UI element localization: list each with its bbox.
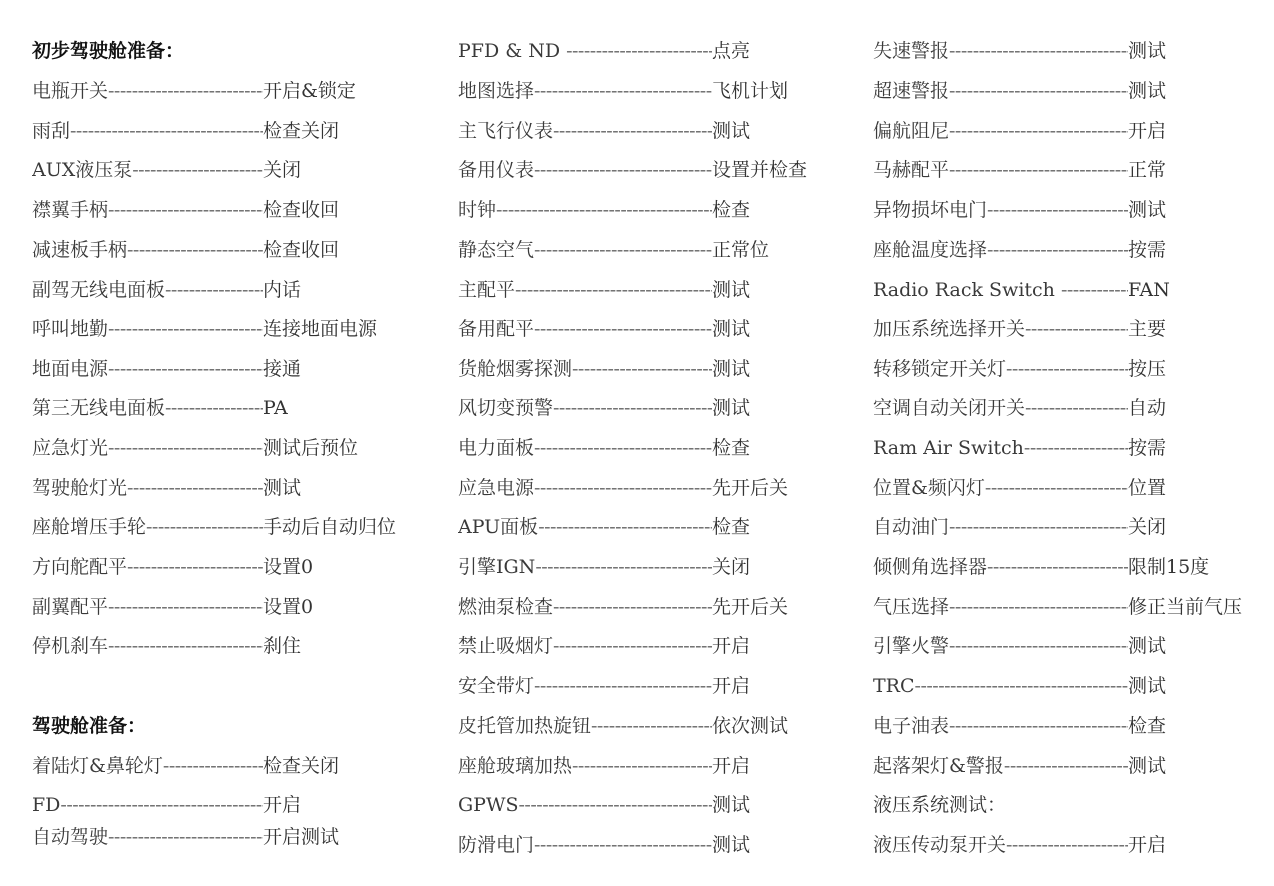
item-label-with-leader: 雨刮--------------------------------- bbox=[32, 118, 263, 144]
leader-dashes: ------------------ bbox=[1025, 397, 1128, 419]
item-label: 偏航阻尼 bbox=[873, 120, 949, 142]
checklist-item: 备用配平-------------------------------测试 bbox=[458, 316, 750, 342]
item-label-with-leader: 自动油门------------------------------- bbox=[873, 514, 1128, 540]
item-value: 关闭 bbox=[712, 554, 750, 580]
item-label: PFD & ND bbox=[458, 40, 566, 62]
leader-dashes: ------------------------------- bbox=[949, 596, 1128, 618]
item-label-with-leader: GPWS--------------------------------- bbox=[458, 792, 712, 818]
leader-dashes: --------------------------- bbox=[108, 318, 263, 340]
item-value: 按压 bbox=[1128, 356, 1166, 382]
item-value: 测试后预位 bbox=[263, 435, 358, 461]
leader-dashes: ------------------------ bbox=[127, 239, 263, 261]
leader-dashes: --------------------------- bbox=[553, 120, 712, 142]
item-label-with-leader: 位置&频闪灯------------------------- bbox=[873, 475, 1128, 501]
leader-dashes: --------------------------------- bbox=[70, 120, 263, 142]
item-label: 电子油表 bbox=[873, 715, 949, 737]
item-label-with-leader: 座舱温度选择------------------------ bbox=[873, 237, 1128, 263]
item-label-with-leader: 偏航阻尼------------------------------- bbox=[873, 118, 1128, 144]
item-label-with-leader: 引擎IGN------------------------------ bbox=[458, 554, 712, 580]
checklist-item: 气压选择-------------------------------修正当前气… bbox=[873, 594, 1242, 620]
leader-dashes: --------------------------- bbox=[553, 397, 712, 419]
checklist-item: 自动驾驶---------------------------开启测试 bbox=[32, 824, 339, 850]
item-value: 测试 bbox=[1128, 673, 1166, 699]
leader-dashes: --------------------------- bbox=[108, 437, 263, 459]
item-label: 座舱增压手轮 bbox=[32, 516, 146, 538]
item-value: 位置 bbox=[1128, 475, 1166, 501]
item-label-with-leader: 液压传动泵开关--------------------- bbox=[873, 832, 1128, 858]
item-label-with-leader: 空调自动关闭开关------------------ bbox=[873, 395, 1128, 421]
checklist-item: 第三无线电面板-----------------PA bbox=[32, 395, 288, 421]
checklist-item: 液压传动泵开关---------------------开启 bbox=[873, 832, 1166, 858]
item-value: 正常 bbox=[1128, 157, 1166, 183]
checklist-item: 空调自动关闭开关------------------自动 bbox=[873, 395, 1166, 421]
item-label: 静态空气 bbox=[458, 239, 534, 261]
item-value: 检查 bbox=[712, 435, 750, 461]
item-label: 呼叫地勤 bbox=[32, 318, 108, 340]
checklist-item: 地图选择-------------------------------飞机计划 bbox=[458, 78, 788, 104]
checklist-item: PFD & ND -------------------------点亮 bbox=[458, 38, 750, 64]
item-label-with-leader: 静态空气------------------------------- bbox=[458, 237, 712, 263]
item-label: Radio Rack Switch bbox=[873, 279, 1061, 301]
item-value: 内话 bbox=[263, 277, 301, 303]
leader-dashes: ------------------------ bbox=[127, 556, 263, 578]
item-value: 按需 bbox=[1128, 435, 1166, 461]
leader-dashes: ------------------------ bbox=[987, 556, 1128, 578]
checklist-item: 静态空气-------------------------------正常位 bbox=[458, 237, 769, 263]
item-value: 检查 bbox=[712, 514, 750, 540]
leader-dashes: ------------------------------- bbox=[949, 715, 1128, 737]
section-subheading: 液压系统测试： bbox=[873, 792, 1006, 818]
checklist-item: 防滑电门-------------------------------测试 bbox=[458, 832, 750, 858]
item-value: 开启 bbox=[1128, 118, 1166, 144]
item-label: 货舱烟雾探测 bbox=[458, 358, 572, 380]
checklist-item: 超速警报-------------------------------测试 bbox=[873, 78, 1166, 104]
checklist-item: 转移锁定开关灯---------------------按压 bbox=[873, 356, 1166, 382]
checklist-item: 地面电源---------------------------接通 bbox=[32, 356, 301, 382]
item-label-with-leader: 起落架灯&警报---------------------- bbox=[873, 753, 1128, 779]
item-value: 正常位 bbox=[712, 237, 769, 263]
item-label-with-leader: 引擎火警------------------------------- bbox=[873, 633, 1128, 659]
checklist-item: 时钟-------------------------------------检… bbox=[458, 197, 750, 223]
item-label: 座舱玻璃加热 bbox=[458, 755, 572, 777]
item-value: 测试 bbox=[263, 475, 301, 501]
checklist-item: 方向舵配平------------------------设置0 bbox=[32, 554, 313, 580]
item-value: 开启 bbox=[263, 792, 301, 818]
item-label: 第三无线电面板 bbox=[32, 397, 165, 419]
leader-dashes: ----------------------- bbox=[132, 159, 263, 181]
checklist-item: 座舱增压手轮--------------------手动后自动归位 bbox=[32, 514, 396, 540]
item-label: 气压选择 bbox=[873, 596, 949, 618]
checklist-item: 座舱玻璃加热------------------------开启 bbox=[458, 753, 750, 779]
item-label: 应急电源 bbox=[458, 477, 534, 499]
leader-dashes: --------------------------------- bbox=[519, 794, 712, 816]
item-label: 备用仪表 bbox=[458, 159, 534, 181]
leader-dashes: ------------------------------ bbox=[535, 556, 712, 578]
leader-dashes: -------------------- bbox=[146, 516, 263, 538]
item-label-with-leader: 防滑电门------------------------------- bbox=[458, 832, 712, 858]
section-heading: 驾驶舱准备： bbox=[32, 713, 146, 739]
checklist-item: 座舱温度选择------------------------按需 bbox=[873, 237, 1166, 263]
item-value: 检查 bbox=[712, 197, 750, 223]
item-label-with-leader: 驾驶舱灯光------------------------ bbox=[32, 475, 263, 501]
item-label: 防滑电门 bbox=[458, 834, 534, 856]
item-value: 开启 bbox=[1128, 832, 1166, 858]
leader-dashes: --------------------------- bbox=[553, 596, 712, 618]
item-label-with-leader: 安全带灯------------------------------- bbox=[458, 673, 712, 699]
item-label: 备用配平 bbox=[458, 318, 534, 340]
leader-dashes: ------------------------------- bbox=[949, 635, 1128, 657]
checklist-item: 倾侧角选择器------------------------限制15度 bbox=[873, 554, 1209, 580]
leader-dashes: ---------------------- bbox=[1004, 755, 1128, 777]
item-value: 设置0 bbox=[263, 554, 313, 580]
item-label-with-leader: 倾侧角选择器------------------------ bbox=[873, 554, 1128, 580]
checklist-item: 禁止吸烟灯---------------------------开启 bbox=[458, 633, 750, 659]
leader-dashes: ------------------------- bbox=[566, 40, 712, 62]
item-value: 测试 bbox=[712, 277, 750, 303]
item-label: 地面电源 bbox=[32, 358, 108, 380]
item-value: 检查收回 bbox=[263, 197, 339, 223]
item-label: 马赫配平 bbox=[873, 159, 949, 181]
item-label-with-leader: 呼叫地勤--------------------------- bbox=[32, 316, 263, 342]
checklist-item: 位置&频闪灯-------------------------位置 bbox=[873, 475, 1166, 501]
item-label-with-leader: 加压系统选择开关------------------ bbox=[873, 316, 1128, 342]
item-label-with-leader: 备用配平------------------------------- bbox=[458, 316, 712, 342]
leader-dashes: --------------------------- bbox=[108, 199, 263, 221]
checklist-item: 应急灯光---------------------------测试后预位 bbox=[32, 435, 358, 461]
checklist-item: 起落架灯&警报----------------------测试 bbox=[873, 753, 1166, 779]
item-label-with-leader: Radio Rack Switch ------------ bbox=[873, 277, 1128, 303]
checklist-item: 备用仪表-------------------------------设置并检查 bbox=[458, 157, 807, 183]
leader-dashes: --------------------------- bbox=[108, 826, 263, 848]
item-label-with-leader: 副翼配平--------------------------- bbox=[32, 594, 263, 620]
checklist-item: 燃油泵检查---------------------------先开后关 bbox=[458, 594, 788, 620]
item-label-with-leader: 电力面板------------------------------- bbox=[458, 435, 712, 461]
item-value: 开启&锁定 bbox=[263, 78, 356, 104]
item-label-with-leader: 减速板手柄------------------------ bbox=[32, 237, 263, 263]
section-title: 驾驶舱准备： bbox=[32, 713, 146, 739]
checklist-item: 引擎IGN------------------------------关闭 bbox=[458, 554, 750, 580]
leader-dashes: ------------------------- bbox=[985, 477, 1128, 499]
item-label-with-leader: AUX液压泵----------------------- bbox=[32, 157, 263, 183]
item-label: 驾驶舱灯光 bbox=[32, 477, 127, 499]
item-label-with-leader: 气压选择------------------------------- bbox=[873, 594, 1128, 620]
item-label: 风切变预警 bbox=[458, 397, 553, 419]
item-label: GPWS bbox=[458, 794, 519, 816]
item-label: 副驾无线电面板 bbox=[32, 279, 165, 301]
item-value: 手动后自动归位 bbox=[263, 514, 396, 540]
checklist-item: 货舱烟雾探测------------------------测试 bbox=[458, 356, 750, 382]
item-label: 转移锁定开关灯 bbox=[873, 358, 1006, 380]
leader-dashes: ------------------------------- bbox=[949, 159, 1128, 181]
item-label: 引擎火警 bbox=[873, 635, 949, 657]
item-label-with-leader: 转移锁定开关灯--------------------- bbox=[873, 356, 1128, 382]
item-label-with-leader: PFD & ND ------------------------- bbox=[458, 38, 712, 64]
checklist-item: 驾驶舱灯光------------------------测试 bbox=[32, 475, 301, 501]
leader-dashes: ------------------------ bbox=[572, 755, 712, 777]
item-value: 检查 bbox=[1128, 713, 1166, 739]
checklist-item: 异物损坏电门------------------------测试 bbox=[873, 197, 1166, 223]
item-label-with-leader: 马赫配平------------------------------- bbox=[873, 157, 1128, 183]
leader-dashes: --------------------------- bbox=[108, 596, 263, 618]
item-label: 失速警报 bbox=[873, 40, 949, 62]
item-value: 设置0 bbox=[263, 594, 313, 620]
item-label-with-leader: 主配平---------------------------------- bbox=[458, 277, 712, 303]
item-label: 位置&频闪灯 bbox=[873, 477, 985, 499]
item-value: 测试 bbox=[712, 118, 750, 144]
checklist-item: 减速板手柄------------------------检查收回 bbox=[32, 237, 339, 263]
checklist-item: 主飞行仪表---------------------------测试 bbox=[458, 118, 750, 144]
item-label-with-leader: 自动驾驶--------------------------- bbox=[32, 824, 263, 850]
item-label: 着陆灯&鼻轮灯 bbox=[32, 755, 163, 777]
checklist-item: 马赫配平-------------------------------正常 bbox=[873, 157, 1166, 183]
item-value: 检查收回 bbox=[263, 237, 339, 263]
item-label-with-leader: 方向舵配平------------------------ bbox=[32, 554, 263, 580]
leader-dashes: ------------------------------- bbox=[534, 159, 712, 181]
checklist-item: 停机刹车---------------------------刹住 bbox=[32, 633, 301, 659]
item-label-with-leader: 襟翼手柄--------------------------- bbox=[32, 197, 263, 223]
item-label: 加压系统选择开关 bbox=[873, 318, 1025, 340]
leader-dashes: --------------------------- bbox=[108, 358, 263, 380]
item-label: 燃油泵检查 bbox=[458, 596, 553, 618]
item-label: 自动油门 bbox=[873, 516, 949, 538]
item-label: 方向舵配平 bbox=[32, 556, 127, 578]
leader-dashes: ------------------------------------- bbox=[915, 675, 1128, 697]
leader-dashes: --------------------- bbox=[1006, 834, 1128, 856]
item-label-with-leader: 主飞行仪表--------------------------- bbox=[458, 118, 712, 144]
checklist-item: 引擎火警-------------------------------测试 bbox=[873, 633, 1166, 659]
leader-dashes: ------------------------------- bbox=[534, 318, 712, 340]
checklist-item: 安全带灯-------------------------------开启 bbox=[458, 673, 750, 699]
item-label: 液压传动泵开关 bbox=[873, 834, 1006, 856]
item-label-with-leader: 副驾无线电面板----------------- bbox=[32, 277, 263, 303]
item-label: 皮托管加热旋钮 bbox=[458, 715, 591, 737]
item-value: 测试 bbox=[712, 316, 750, 342]
checklist-item: Ram Air Switch------------------按需 bbox=[873, 435, 1166, 461]
leader-dashes: ------------------ bbox=[1025, 318, 1128, 340]
item-label-with-leader: 着陆灯&鼻轮灯----------------- bbox=[32, 753, 263, 779]
leader-dashes: ------------------------------- bbox=[534, 834, 712, 856]
item-value: 主要 bbox=[1128, 316, 1166, 342]
item-label-with-leader: 应急灯光--------------------------- bbox=[32, 435, 263, 461]
item-value: 测试 bbox=[1128, 753, 1166, 779]
leader-dashes: ------------------ bbox=[1024, 437, 1128, 459]
checklist-item: 呼叫地勤---------------------------连接地面电源 bbox=[32, 316, 377, 342]
item-label-with-leader: 电瓶开关--------------------------- bbox=[32, 78, 263, 104]
item-label-with-leader: Ram Air Switch------------------ bbox=[873, 435, 1128, 461]
checklist-item: 雨刮---------------------------------检查关闭 bbox=[32, 118, 339, 144]
checklist-item: 失速警报-------------------------------测试 bbox=[873, 38, 1166, 64]
item-label-with-leader: 风切变预警--------------------------- bbox=[458, 395, 712, 421]
leader-dashes: ------------------------------- bbox=[949, 516, 1128, 538]
item-value: 接通 bbox=[263, 356, 301, 382]
item-label-with-leader: 禁止吸烟灯--------------------------- bbox=[458, 633, 712, 659]
checklist-item: AUX液压泵-----------------------关闭 bbox=[32, 157, 301, 183]
checklist-item: 加压系统选择开关------------------主要 bbox=[873, 316, 1166, 342]
item-label-with-leader: 座舱增压手轮-------------------- bbox=[32, 514, 263, 540]
leader-dashes: ------------------------------- bbox=[534, 477, 712, 499]
item-label: 主配平 bbox=[458, 279, 515, 301]
item-label: 主飞行仪表 bbox=[458, 120, 553, 142]
leader-dashes: ------------------------ bbox=[127, 477, 263, 499]
leader-dashes: ------------------------------- bbox=[534, 675, 712, 697]
item-label-with-leader: 货舱烟雾探测------------------------ bbox=[458, 356, 712, 382]
item-value: 先开后关 bbox=[712, 475, 788, 501]
item-value: 自动 bbox=[1128, 395, 1166, 421]
checklist-item: Radio Rack Switch ------------FAN bbox=[873, 277, 1170, 303]
item-label-with-leader: TRC------------------------------------- bbox=[873, 673, 1128, 699]
section-title: 初步驾驶舱准备： bbox=[32, 38, 184, 64]
leader-dashes: ------------------------ bbox=[987, 239, 1128, 261]
item-label-with-leader: 燃油泵检查--------------------------- bbox=[458, 594, 712, 620]
item-label: 倾侧角选择器 bbox=[873, 556, 987, 578]
item-value: 测试 bbox=[1128, 633, 1166, 659]
subsection-title: 液压系统测试： bbox=[873, 792, 1006, 818]
item-label-with-leader: 失速警报------------------------------- bbox=[873, 38, 1128, 64]
item-value: 检查关闭 bbox=[263, 118, 339, 144]
section-heading: 初步驾驶舱准备： bbox=[32, 38, 184, 64]
leader-dashes: ------------------------------- bbox=[949, 80, 1128, 102]
checklist-item: APU面板------------------------------检查 bbox=[458, 514, 750, 540]
item-value: 测试 bbox=[712, 832, 750, 858]
item-value: 开启 bbox=[712, 633, 750, 659]
item-label: 减速板手柄 bbox=[32, 239, 127, 261]
item-label-with-leader: 备用仪表------------------------------- bbox=[458, 157, 712, 183]
item-label: 电力面板 bbox=[458, 437, 534, 459]
leader-dashes: ----------------- bbox=[165, 279, 263, 301]
item-label: 襟翼手柄 bbox=[32, 199, 108, 221]
leader-dashes: ------------------------------------- bbox=[496, 199, 712, 221]
item-label: 起落架灯&警报 bbox=[873, 755, 1004, 777]
item-label: APU面板 bbox=[458, 516, 538, 538]
item-label-with-leader: FD----------------------------------- bbox=[32, 792, 263, 818]
checklist-item: 着陆灯&鼻轮灯-----------------检查关闭 bbox=[32, 753, 339, 779]
item-label-with-leader: 异物损坏电门------------------------ bbox=[873, 197, 1128, 223]
item-value: 飞机计划 bbox=[712, 78, 788, 104]
item-value: 修正当前气压 bbox=[1128, 594, 1242, 620]
leader-dashes: ------------------------------- bbox=[949, 40, 1128, 62]
item-value: 开启 bbox=[712, 753, 750, 779]
leader-dashes: ------------------------ bbox=[572, 358, 712, 380]
item-value: 测试 bbox=[712, 395, 750, 421]
item-label: 雨刮 bbox=[32, 120, 70, 142]
checklist-item: 副翼配平---------------------------设置0 bbox=[32, 594, 313, 620]
item-label: Ram Air Switch bbox=[873, 437, 1024, 459]
checklist-item: 主配平----------------------------------测试 bbox=[458, 277, 750, 303]
item-label-with-leader: 地面电源--------------------------- bbox=[32, 356, 263, 382]
leader-dashes: ----------------- bbox=[163, 755, 263, 777]
checklist-item: 襟翼手柄---------------------------检查收回 bbox=[32, 197, 339, 223]
item-value: 关闭 bbox=[263, 157, 301, 183]
item-value: 按需 bbox=[1128, 237, 1166, 263]
checklist-item: 偏航阻尼-------------------------------开启 bbox=[873, 118, 1166, 144]
item-label: 自动驾驶 bbox=[32, 826, 108, 848]
leader-dashes: ---------------------------------- bbox=[515, 279, 712, 301]
item-value: 测试 bbox=[1128, 78, 1166, 104]
item-value: 刹住 bbox=[263, 633, 301, 659]
item-label: 异物损坏电门 bbox=[873, 199, 987, 221]
checklist-item: TRC-------------------------------------… bbox=[873, 673, 1166, 699]
item-label: 空调自动关闭开关 bbox=[873, 397, 1025, 419]
item-value: 开启 bbox=[712, 673, 750, 699]
item-value: PA bbox=[263, 395, 288, 421]
leader-dashes: --------------------------- bbox=[108, 635, 263, 657]
checklist-item: 自动油门-------------------------------关闭 bbox=[873, 514, 1166, 540]
item-value: 点亮 bbox=[712, 38, 750, 64]
item-label-with-leader: 应急电源------------------------------- bbox=[458, 475, 712, 501]
item-label: 电瓶开关 bbox=[32, 80, 108, 102]
checklist-item: FD-----------------------------------开启 bbox=[32, 792, 301, 818]
leader-dashes: ------------------------------- bbox=[534, 437, 712, 459]
leader-dashes: ----------------------------------- bbox=[60, 794, 263, 816]
leader-dashes: --------------------- bbox=[591, 715, 712, 737]
checklist-item: 电子油表-------------------------------检查 bbox=[873, 713, 1166, 739]
item-value: 连接地面电源 bbox=[263, 316, 377, 342]
checklist-item: GPWS---------------------------------测试 bbox=[458, 792, 750, 818]
item-value: 关闭 bbox=[1128, 514, 1166, 540]
item-value: 先开后关 bbox=[712, 594, 788, 620]
item-label: 地图选择 bbox=[458, 80, 534, 102]
leader-dashes: ------------ bbox=[1061, 279, 1128, 301]
leader-dashes: ------------------------------ bbox=[538, 516, 712, 538]
item-label-with-leader: 皮托管加热旋钮--------------------- bbox=[458, 713, 712, 739]
item-label: 安全带灯 bbox=[458, 675, 534, 697]
item-label: TRC bbox=[873, 675, 915, 697]
item-label-with-leader: 第三无线电面板----------------- bbox=[32, 395, 263, 421]
leader-dashes: ------------------------------- bbox=[534, 80, 712, 102]
item-label-with-leader: 停机刹车--------------------------- bbox=[32, 633, 263, 659]
item-value: 设置并检查 bbox=[712, 157, 807, 183]
item-label-with-leader: 电子油表------------------------------- bbox=[873, 713, 1128, 739]
item-value: 测试 bbox=[1128, 197, 1166, 223]
leader-dashes: ------------------------ bbox=[987, 199, 1128, 221]
item-label-with-leader: 时钟------------------------------------- bbox=[458, 197, 712, 223]
leader-dashes: ----------------- bbox=[165, 397, 263, 419]
leader-dashes: ------------------------------- bbox=[949, 120, 1128, 142]
item-label: 时钟 bbox=[458, 199, 496, 221]
checklist-item: 应急电源-------------------------------先开后关 bbox=[458, 475, 788, 501]
item-value: 测试 bbox=[712, 356, 750, 382]
item-label: 超速警报 bbox=[873, 80, 949, 102]
checklist-item: 电力面板-------------------------------检查 bbox=[458, 435, 750, 461]
item-value: 限制15度 bbox=[1128, 554, 1209, 580]
item-label: FD bbox=[32, 794, 60, 816]
item-label: 引擎IGN bbox=[458, 556, 535, 578]
item-value: 测试 bbox=[712, 792, 750, 818]
checklist-item: 皮托管加热旋钮---------------------依次测试 bbox=[458, 713, 788, 739]
item-label: 座舱温度选择 bbox=[873, 239, 987, 261]
item-label: 停机刹车 bbox=[32, 635, 108, 657]
item-label-with-leader: 地图选择------------------------------- bbox=[458, 78, 712, 104]
item-value: 检查关闭 bbox=[263, 753, 339, 779]
item-label: 副翼配平 bbox=[32, 596, 108, 618]
item-value: 开启测试 bbox=[263, 824, 339, 850]
leader-dashes: --------------------- bbox=[1006, 358, 1128, 380]
item-label-with-leader: 超速警报------------------------------- bbox=[873, 78, 1128, 104]
item-label-with-leader: APU面板------------------------------ bbox=[458, 514, 712, 540]
checklist-item: 电瓶开关---------------------------开启&锁定 bbox=[32, 78, 356, 104]
item-label: AUX液压泵 bbox=[32, 159, 132, 181]
item-value: 依次测试 bbox=[712, 713, 788, 739]
item-label-with-leader: 座舱玻璃加热------------------------ bbox=[458, 753, 712, 779]
item-label: 禁止吸烟灯 bbox=[458, 635, 553, 657]
checklist-item: 副驾无线电面板-----------------内话 bbox=[32, 277, 301, 303]
leader-dashes: --------------------------- bbox=[553, 635, 712, 657]
leader-dashes: ------------------------------- bbox=[534, 239, 712, 261]
leader-dashes: --------------------------- bbox=[108, 80, 263, 102]
item-label: 应急灯光 bbox=[32, 437, 108, 459]
item-value: FAN bbox=[1128, 277, 1170, 303]
checklist-item: 风切变预警---------------------------测试 bbox=[458, 395, 750, 421]
